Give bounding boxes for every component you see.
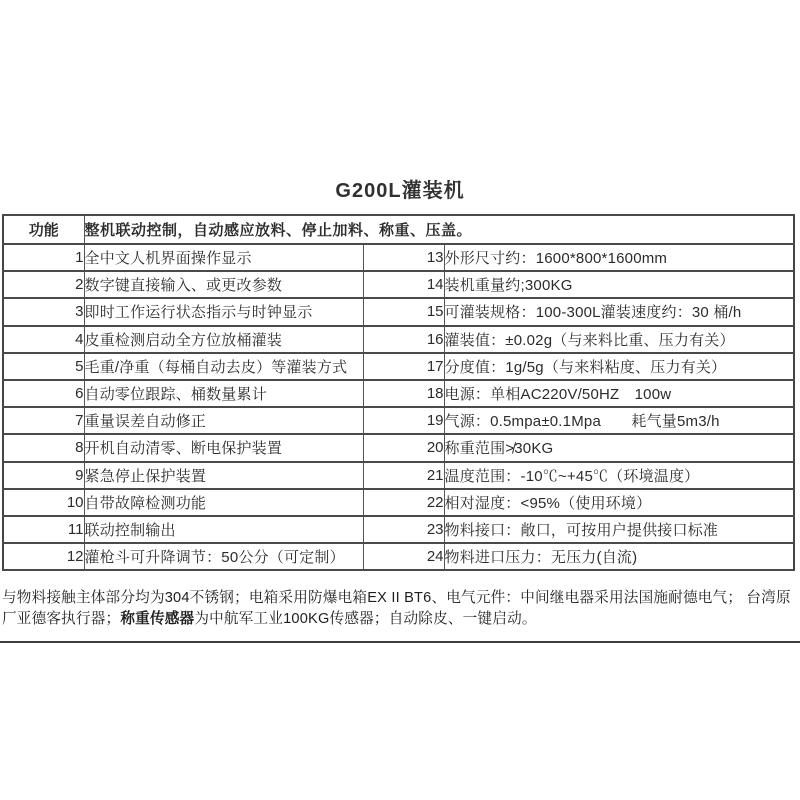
row-number-cell: 11 [3,516,84,543]
table-row: 3 即时工作运行状态指示与时钟显示 15 可灌装规格：100-300L灌装速度约… [3,298,794,325]
spec-text-cell: 毛重/净重（每桶自动去皮）等灌装方式 [84,353,363,380]
table-row: 11 联动控制输出 23 物料接口：敞口，可按用户提供接口标准 [3,516,794,543]
row-number-cell: 3 [3,298,84,325]
spec-text-cell: 称重范围≯30KG [444,434,794,461]
table-row: 7 重量误差自动修正 19 气源：0.5mpa±0.1Mpa 耗气量5m3/h [3,407,794,434]
table-row: 5 毛重/净重（每桶自动去皮）等灌装方式 17 分度值：1g/5g（与来料粘度、… [3,353,794,380]
spec-text-cell: 重量误差自动修正 [84,407,363,434]
row-number-cell: 6 [3,380,84,407]
row-number-cell: 5 [3,353,84,380]
spec-text-cell: 灌装值：±0.02g（与来料比重、压力有关） [444,326,794,353]
spec-text-cell: 装机重量约;300KG [444,271,794,298]
spec-text-cell: 联动控制输出 [84,516,363,543]
table-row: 6 自动零位跟踪、桶数量累计 18 电源：单相AC220V/50HZ 100w [3,380,794,407]
table-row: 8 开机自动清零、断电保护装置 20 称重范围≯30KG [3,434,794,461]
spec-text-cell: 灌枪斗可升降调节：50公分（可定制） [84,543,363,570]
spec-text-cell: 气源：0.5mpa±0.1Mpa 耗气量5m3/h [444,407,794,434]
table-row: 4 皮重检测启动全方位放桶灌装 16 灌装值：±0.02g（与来料比重、压力有关… [3,326,794,353]
row-number-cell: 1 [3,244,84,271]
row-number-cell: 17 [363,353,444,380]
row-number-cell: 7 [3,407,84,434]
spec-table: 功能 整机联动控制，自动感应放料、停止加料、称重、压盖。 1 全中文人机界面操作… [2,214,795,571]
page-title: G200L灌装机 [0,174,800,203]
row-number-cell: 8 [3,434,84,461]
footer-bold-segment: 称重传感器 [120,611,194,627]
spec-text-cell: 物料进口压力：无压力(自流) [444,543,794,570]
spec-text-cell: 温度范围：-10℃~+45℃（环境温度） [444,462,794,489]
feature-label-cell: 功能 [3,215,84,244]
table-row: 9 紧急停止保护装置 21 温度范围：-10℃~+45℃（环境温度） [3,462,794,489]
footer-note: 与物料接触主体部分均为304不锈钢；电箱采用防爆电箱EX II BT6、电气元件… [2,588,795,630]
row-number-cell: 16 [363,326,444,353]
spec-text-cell: 分度值：1g/5g（与来料粘度、压力有关） [444,353,794,380]
spec-sheet-page: G200L灌装机 功能 整机联动控制，自动感应放料、停止加料、称重、压盖。 1 … [0,0,800,800]
row-number-cell: 10 [3,489,84,516]
spec-text-cell: 自带故障检测功能 [84,489,363,516]
spec-text-cell: 开机自动清零、断电保护装置 [84,434,363,461]
spec-text-cell: 自动零位跟踪、桶数量累计 [84,380,363,407]
spec-text-cell: 物料接口：敞口，可按用户提供接口标准 [444,516,794,543]
row-number-cell: 19 [363,407,444,434]
spec-text-cell: 即时工作运行状态指示与时钟显示 [84,298,363,325]
table-row: 10 自带故障检测功能 22 相对湿度：<95%（使用环境） [3,489,794,516]
table-row: 12 灌枪斗可升降调节：50公分（可定制） 24 物料进口压力：无压力(自流) [3,543,794,570]
row-number-cell: 21 [363,462,444,489]
table-row: 1 全中文人机界面操作显示 13 外形尺寸约：1600*800*1600mm [3,244,794,271]
row-number-cell: 9 [3,462,84,489]
row-number-cell: 20 [363,434,444,461]
feature-row: 功能 整机联动控制，自动感应放料、停止加料、称重、压盖。 [3,215,794,244]
spec-text-cell: 电源：单相AC220V/50HZ 100w [444,380,794,407]
spec-text-cell: 皮重检测启动全方位放桶灌装 [84,326,363,353]
row-number-cell: 13 [363,244,444,271]
spec-text-cell: 相对湿度：<95%（使用环境） [444,489,794,516]
row-number-cell: 2 [3,271,84,298]
row-number-cell: 23 [363,516,444,543]
row-number-cell: 4 [3,326,84,353]
row-number-cell: 22 [363,489,444,516]
feature-value-cell: 整机联动控制，自动感应放料、停止加料、称重、压盖。 [84,215,794,244]
spec-text-cell: 外形尺寸约：1600*800*1600mm [444,244,794,271]
spec-text-cell: 数字键直接输入、或更改参数 [84,271,363,298]
spec-text-cell: 全中文人机界面操作显示 [84,244,363,271]
spec-text-cell: 可灌装规格：100-300L灌装速度约：30 桶/h [444,298,794,325]
row-number-cell: 15 [363,298,444,325]
row-number-cell: 14 [363,271,444,298]
row-number-cell: 18 [363,380,444,407]
table-row: 2 数字键直接输入、或更改参数 14 装机重量约;300KG [3,271,794,298]
row-number-cell: 24 [363,543,444,570]
footer-text-segment: 为中航军工业100KG传感器；自动除皮、一键启动。 [194,611,536,627]
spec-text-cell: 紧急停止保护装置 [84,462,363,489]
row-number-cell: 12 [3,543,84,570]
bottom-divider [0,641,800,643]
